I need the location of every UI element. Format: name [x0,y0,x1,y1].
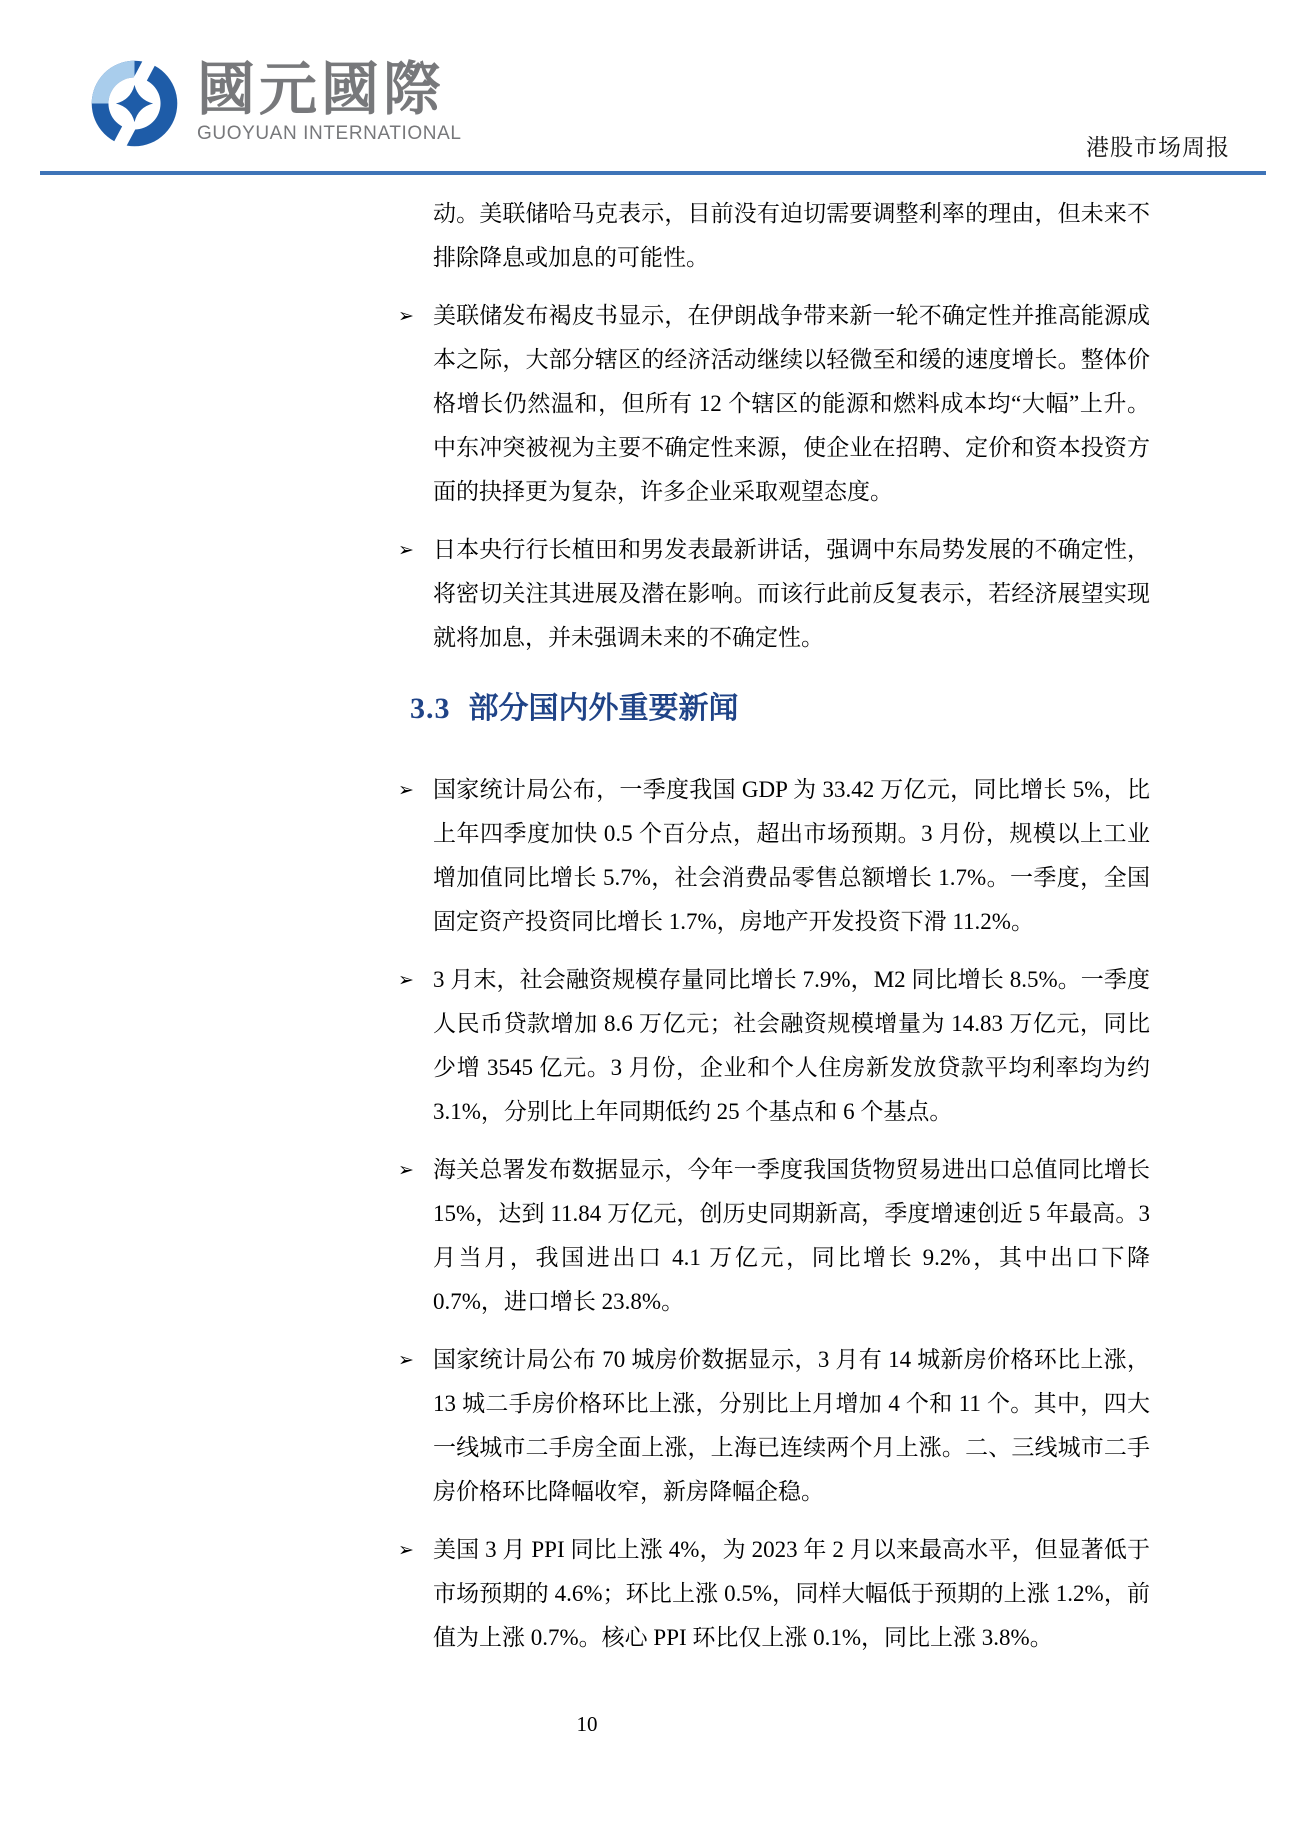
bullet-arrow-icon: ➢ [398,294,433,514]
bullet-text: 海关总署发布数据显示，今年一季度我国货物贸易进出口总值同比增长 15%，达到 1… [433,1148,1150,1324]
bullet-text: 3 月末，社会融资规模存量同比增长 7.9%，M2 同比增长 8.5%。一季度人… [433,958,1150,1134]
section-heading: 3.3部分国内外重要新闻 [410,684,1150,734]
list-item: ➢ 美国 3 月 PPI 同比上涨 4%，为 2023 年 2 月以来最高水平，… [398,1528,1150,1660]
bullet-text: 美国 3 月 PPI 同比上涨 4%，为 2023 年 2 月以来最高水平，但显… [433,1528,1150,1660]
list-item: ➢ 海关总署发布数据显示，今年一季度我国货物贸易进出口总值同比增长 15%，达到… [398,1148,1150,1324]
list-item: ➢ 国家统计局公布 70 城房价数据显示，3 月有 14 城新房价格环比上涨，1… [398,1338,1150,1514]
bullet-text: 国家统计局公布，一季度我国 GDP 为 33.42 万亿元，同比增长 5%，比上… [433,768,1150,944]
brand-text: 國元國際 GUOYUAN INTERNATIONAL [197,57,462,145]
page-number: 10 [547,1712,627,1737]
guoyuan-logo-icon [88,57,181,150]
bullet-arrow-icon: ➢ [398,528,433,660]
bullet-arrow-icon: ➢ [398,958,433,1134]
bullet-arrow-icon: ➢ [398,1528,433,1660]
report-page: 國元國際 GUOYUAN INTERNATIONAL 港股市场周报 动。美联储哈… [0,0,1306,1847]
bullet-arrow-icon: ➢ [398,1148,433,1324]
doc-title: 港股市场周报 [1086,129,1230,162]
header-rule [40,171,1266,175]
bullet-text: 日本央行行长植田和男发表最新讲话，强调中东局势发展的不确定性，将密切关注其进展及… [433,528,1150,660]
news-list-top: ➢ 美联储发布褐皮书显示，在伊朗战争带来新一轮不确定性并推高能源成本之际，大部分… [398,294,1150,660]
report-body: 动。美联储哈马克表示，目前没有迫切需要调整利率的理由，但未来不排除降息或加息的可… [398,192,1150,1674]
brand-name-cn: 國元國際 [197,59,462,121]
bullet-arrow-icon: ➢ [398,1338,433,1514]
brand-name-en: GUOYUAN INTERNATIONAL [197,123,462,145]
list-item: ➢ 国家统计局公布，一季度我国 GDP 为 33.42 万亿元，同比增长 5%，… [398,768,1150,944]
section-title: 部分国内外重要新闻 [469,692,739,725]
list-item: ➢ 3 月末，社会融资规模存量同比增长 7.9%，M2 同比增长 8.5%。一季… [398,958,1150,1134]
section-number: 3.3 [410,692,451,725]
brand-logo: 國元國際 GUOYUAN INTERNATIONAL [88,57,462,150]
bullet-arrow-icon: ➢ [398,768,433,944]
list-item: ➢ 日本央行行长植田和男发表最新讲话，强调中东局势发展的不确定性，将密切关注其进… [398,528,1150,660]
bullet-text: 美联储发布褐皮书显示，在伊朗战争带来新一轮不确定性并推高能源成本之际，大部分辖区… [433,294,1150,514]
list-item: ➢ 美联储发布褐皮书显示，在伊朗战争带来新一轮不确定性并推高能源成本之际，大部分… [398,294,1150,514]
page-header: 國元國際 GUOYUAN INTERNATIONAL 港股市场周报 [0,0,1306,176]
bullet-text: 国家统计局公布 70 城房价数据显示，3 月有 14 城新房价格环比上涨，13 … [433,1338,1150,1514]
news-list-section: ➢ 国家统计局公布，一季度我国 GDP 为 33.42 万亿元，同比增长 5%，… [398,768,1150,1660]
continuation-paragraph: 动。美联储哈马克表示，目前没有迫切需要调整利率的理由，但未来不排除降息或加息的可… [398,192,1150,280]
